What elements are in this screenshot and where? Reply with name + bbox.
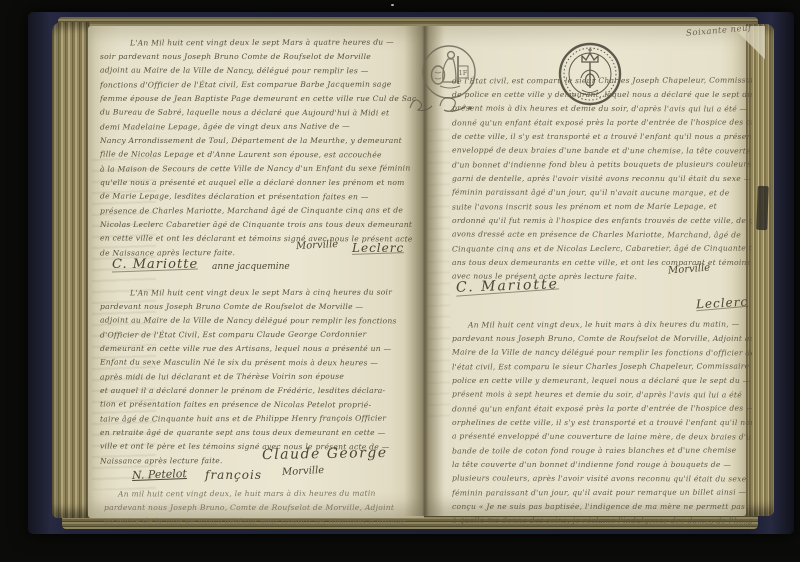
signature-morville-2: Morville (282, 465, 325, 478)
manuscript-line: orphelines de cette ville, il s'y est tr… (452, 416, 752, 430)
manuscript-line: soir pardevant nous Joseph Bruno Comte d… (100, 50, 422, 64)
manuscript-line: plusieurs couleurs, après l'avoir visité… (452, 472, 752, 487)
manuscript-line: présent mois à sept heures et demie du s… (452, 388, 752, 403)
manuscript-line: conçu « Je ne suis pas baptisée, l'indig… (452, 500, 752, 514)
signature-petelot: N. Petelot (132, 467, 187, 482)
manuscript-line: fonctions d'Officier de l'État civil, Es… (100, 77, 422, 92)
manuscript-line: demi Madelaine Lepage, âgée de vingt deu… (100, 119, 422, 134)
manuscript-line: de cette ville, il s'y est transporté et… (452, 130, 752, 144)
signature-leclerc-2: Leclerc (696, 295, 749, 313)
dust-speck (391, 4, 394, 6)
ink-bleedthrough-right (428, 120, 450, 420)
stamp-figure-head (448, 52, 455, 59)
manuscript-line: L'An Mil huit cent vingt deux le sept Ma… (100, 35, 422, 50)
exposed-infant-act-marie-lepage: de l'État civil, est comparu le sieur Ch… (452, 74, 752, 284)
manuscript-line: donné qu'un enfant était exposé près la … (452, 116, 752, 131)
manuscript-line: pardevant nous Joseph Bruno, Comte de Ro… (104, 501, 422, 515)
signature-mariotte-2: C. Mariotte (456, 276, 559, 297)
manuscript-line: d'un bonnet d'indienne fond bleu à petit… (452, 158, 752, 173)
manuscript-line: l'état civil, Est comparu le sieur Charl… (452, 360, 752, 375)
manuscript-line: pardevant nous Joseph Bruno Comte de Rou… (100, 300, 422, 314)
manuscript-line: pardevant nous Joseph Bruno, Comte de Ro… (452, 332, 752, 346)
manuscript-line: au maire de la ville de nancy délégué po… (104, 515, 422, 530)
manuscript-line: de Marie Lepage, lesdites déclaration et… (100, 189, 422, 204)
manuscript-line: adjoint au Maire de la Ville de Nancy, d… (100, 63, 422, 78)
manuscript-line: garni de dentelle, après l'avoir visité … (452, 172, 752, 186)
manuscript-line: enveloppé de deux braies d'une bande et … (452, 144, 752, 159)
manuscript-line: tion et présentation faites en présence … (100, 397, 422, 412)
manuscript-line: An mil huit cent vingt deux, le huit mar… (104, 487, 422, 502)
manuscript-line: ordonné qu'il fut remis à l'hospice des … (452, 214, 752, 228)
signature-mariotte-1: C. Mariotte (112, 257, 198, 273)
manuscript-line: à quelle me donne des soins, je réclame … (452, 514, 752, 529)
manuscript-line: qu'elle nous a présenté et auquel elle a… (100, 176, 422, 190)
manuscript-line: L'An Mil huit cent vingt deux le sept Ma… (100, 285, 422, 300)
birth-act-third-start: An mil huit cent vingt deux, le huit mar… (104, 487, 422, 529)
manuscript-line: après midi de lui déclarant et de Thérès… (100, 369, 422, 384)
manuscript-line: police en cette ville y demeurant, leque… (452, 374, 752, 388)
leather-tab-mark (756, 186, 769, 230)
manuscript-line: adjoint au Maire de la Ville de Nancy dé… (100, 313, 422, 328)
manuscript-line: taire âgé de Cinquante huit ans et de Ph… (100, 411, 422, 426)
manuscript-line: féminin paraissant d'un jour, qu'il avai… (452, 486, 752, 501)
manuscript-line: femme épouse de Jean Baptiste Page demeu… (100, 92, 422, 106)
manuscript-line: féminin paraissant âgé d'un jour, qu'il … (452, 186, 752, 201)
birth-act-madelaine-lepage: L'An Mil huit cent vingt deux le sept Ma… (100, 36, 422, 260)
manuscript-line: donné qu'un enfant était exposé près la … (452, 402, 752, 417)
page-edges-left (52, 22, 90, 518)
signature-anne-jacquemine: anne jacquemine (212, 262, 290, 272)
manuscript-line: Nancy Arrondissement de Toul, Départemen… (100, 134, 422, 148)
manuscript-line: avons dressé acte en présence de Charles… (452, 228, 752, 243)
signature-claude-george: Claude George (262, 445, 388, 463)
crown-glyph (582, 53, 598, 62)
manuscript-line: suite l'avons inscrit sous les prénom et… (452, 200, 752, 215)
manuscript-line: fille de Nicolas Lepage et d'Anne Lauren… (100, 147, 422, 162)
manuscript-line: d'Officier de l'État Civil, Est comparu … (100, 327, 422, 342)
manuscript-line: bande de toile de coton fond rouge à rai… (452, 444, 752, 459)
manuscript-line: présence de Charles Mariotte, Marchand â… (100, 203, 422, 218)
manuscript-line: Maire de la Ville de nancy délégué pour … (452, 346, 752, 361)
manuscript-line: et auquel il a déclaré donner le prénom … (100, 384, 422, 398)
manuscript-line: la tête couverte d'un bonnet d'indienne … (452, 458, 752, 472)
manuscript-line: présent mois à dix heures et demie du so… (452, 102, 752, 117)
manuscript-line: An Mil huit cent vingt deux, le huit mar… (452, 318, 752, 333)
manuscript-line: en retraite âgé de quarante sept ans tou… (100, 426, 422, 440)
manuscript-line: Cinquante cinq ans et de Nicolas Leclerc… (452, 242, 752, 257)
exposed-infant-act-second: An Mil huit cent vingt deux, le huit mar… (452, 318, 752, 528)
signature-morville-1: Morville (296, 239, 339, 252)
manuscript-line: de l'État civil, est comparu le sieur Ch… (452, 74, 752, 89)
signature-leclerc-1: Leclerc (352, 241, 404, 256)
manuscript-line: Nicolas Leclerc Cabaretier âgé de Cinqua… (100, 218, 422, 232)
manuscript-line: demeurant en cette ville rue des Artisan… (100, 342, 422, 356)
manuscript-line: du Bureau de Sabré, laquelle nous a décl… (100, 105, 422, 120)
manuscript-line: de police en cette ville y demeurant, le… (452, 88, 752, 102)
birth-act-frederic-george: L'An Mil huit cent vingt deux le sept Ma… (100, 286, 422, 468)
photograph-of-register: L'An Mil huit cent vingt deux le sept Ma… (0, 0, 800, 562)
manuscript-line: Enfant du sexe Masculin Né le six du pré… (100, 355, 422, 370)
signature-francois: françois (205, 468, 262, 482)
manuscript-line: à la Maison de Secours de cette Ville de… (100, 161, 422, 176)
manuscript-line: a présenté enveloppé d'une couverture de… (452, 430, 752, 445)
